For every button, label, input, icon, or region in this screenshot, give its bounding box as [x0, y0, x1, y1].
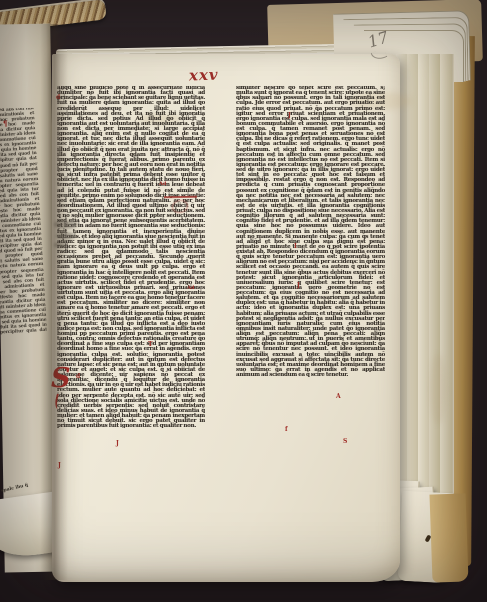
ink-smudge — [54, 242, 67, 248]
rubric-mark: Ad — [159, 182, 166, 187]
folio-number-printed: xxv — [189, 65, 219, 84]
text-column-left: aliq̄d sine p̄iudicio pote q̄ in assecur… — [57, 86, 205, 498]
foxing-stain — [430, 354, 446, 424]
book-photo: tur peccati ibi nō fuit sed abs con fuit… — [0, 0, 487, 602]
ink-smudge — [56, 232, 75, 240]
facing-page-text: tur peccati ibi nō fuit sed abs con fuit… — [0, 108, 48, 343]
text-column-right: similiter nescire q̄o tenet̄ scire est p… — [236, 86, 385, 502]
rubric-mark: d — [56, 95, 60, 101]
rubric-mark: I — [294, 244, 297, 250]
rubric-mark: f — [285, 427, 288, 433]
ink-smudge — [54, 220, 78, 229]
rubricated-initial: S — [51, 366, 71, 392]
rubric-mark: A — [336, 394, 341, 400]
rubric-mark: J — [58, 463, 61, 469]
bottom-cover-corner — [429, 493, 468, 582]
rubric-mark: ¶ — [3, 120, 7, 127]
fore-edge-leaf — [440, 54, 452, 552]
rubric-mark: J — [297, 283, 300, 289]
rubric-mark: S — [343, 439, 347, 445]
rubric-mark: d — [76, 374, 80, 380]
rubric-mark: T — [148, 342, 152, 348]
rubric-mark: Ad — [187, 286, 194, 291]
rubric-mark: J — [288, 113, 291, 119]
rubric-mark: J — [116, 441, 119, 447]
